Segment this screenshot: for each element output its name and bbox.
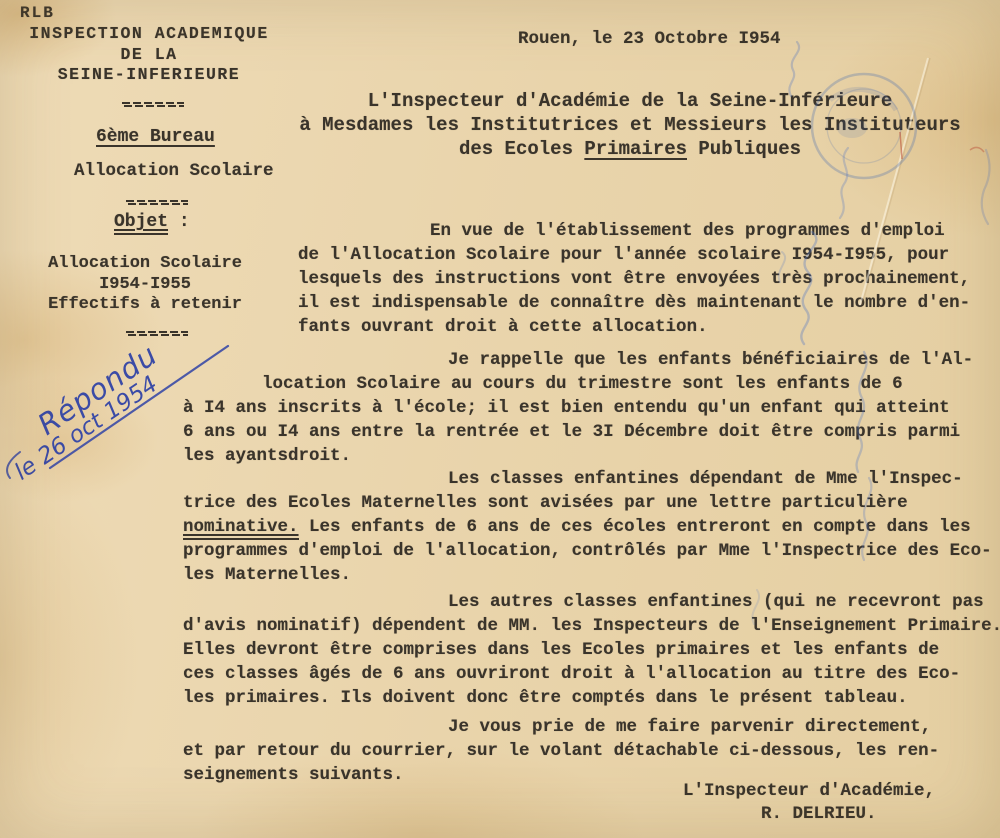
service-label: Allocation Scolaire [74,161,274,181]
org-line: INSPECTION ACADEMIQUE [14,24,284,45]
text-line: Elles devront être comprises dans les Ec… [183,638,995,662]
objet-subject: Allocation Scolaire I954-I955 Effectifs … [20,254,270,316]
text-line: les ayantsdroit. [183,444,995,468]
ref-code: RLB [20,4,55,22]
typed-separator [126,331,188,337]
text-line: de l'Allocation Scolaire pour l'année sc… [298,243,1000,267]
signature-block: L'Inspecteur d'Académie, R. DELRIEU. [683,780,935,826]
text-line: il est indispensable de connaître dès ma… [298,291,1000,315]
text-line: Je rappelle que les enfants bénéficiaire… [448,348,995,372]
text-line: programmes d'emploi de l'allocation, con… [183,539,995,563]
bureau-label: 6ème Bureau [96,127,215,147]
text-line: Les autres classes enfantines (qui ne re… [448,590,995,614]
paragraph: Je vous prie de me faire parvenir direct… [183,715,995,787]
text-line: les Maternelles. [183,563,995,587]
letter-page: RLB INSPECTION ACADEMIQUE DE LA SEINE-IN… [0,0,1000,838]
text-line: d'avis nominatif) dépendent de MM. les I… [183,614,995,638]
typed-separator [126,200,188,206]
text-line: et par retour du courrier, sur le volant… [183,739,995,763]
text-line: nominative. Les enfants de 6 ans de ces … [183,515,995,539]
addressee-line: des Ecoles Primaires Publiques [279,137,981,161]
text-line: les primaires. Ils doivent donc être com… [183,686,995,710]
paragraph: Les autres classes enfantines (qui ne re… [183,590,995,710]
text-line: Je vous prie de me faire parvenir direct… [448,715,995,739]
org-line: DE LA [14,45,284,66]
signature-name: R. DELRIEU. [761,803,935,826]
text-line: fants ouvrant droit à cette allocation. [298,315,1000,339]
text-line: location Scolaire au cours du trimestre … [262,372,995,396]
text-line: lesquels des instructions vont être envo… [298,267,1000,291]
paragraph: En vue de l'établissement des programmes… [298,219,1000,339]
paragraph: Je rappelle que les enfants bénéficiaire… [183,348,995,468]
signature-title: L'Inspecteur d'Académie, [683,780,935,803]
bureau-heading: 6ème Bureau [96,127,215,147]
text-line: Les classes enfantines dépendant de Mme … [448,467,995,491]
org-letterhead: INSPECTION ACADEMIQUE DE LA SEINE-INFERI… [14,24,284,86]
typed-separator [122,102,184,108]
objet-subject-line: I954-I955 [20,275,270,296]
text-line: 6 ans ou I4 ans entre la rentrée et le 3… [183,420,995,444]
objet-subject-line: Allocation Scolaire [20,254,270,275]
text-line: à I4 ans inscrits à l'école; il est bien… [183,396,995,420]
text-line: En vue de l'établissement des programmes… [430,219,1000,243]
handwritten-note: Répondu le 26 oct 1954 [10,337,176,474]
objet-subject-line: Effectifs à retenir [20,295,270,316]
paragraph: Les classes enfantines dépendant de Mme … [183,467,995,587]
dateline: Rouen, le 23 Octobre I954 [518,29,781,49]
addressee-line: à Mesdames les Institutrices et Messieur… [279,113,981,137]
text-line: ces classes âgés de 6 ans ouvriront droi… [183,662,995,686]
objet-label: Objet [114,212,168,235]
objet-heading: Objet : [114,212,190,232]
org-line: SEINE-INFERIEURE [14,65,284,86]
text-line: trice des Ecoles Maternelles sont avisée… [183,491,995,515]
addressee-line: L'Inspecteur d'Académie de la Seine-Infé… [279,89,981,113]
objet-colon: : [168,212,190,232]
addressee-block: L'Inspecteur d'Académie de la Seine-Infé… [279,89,981,161]
